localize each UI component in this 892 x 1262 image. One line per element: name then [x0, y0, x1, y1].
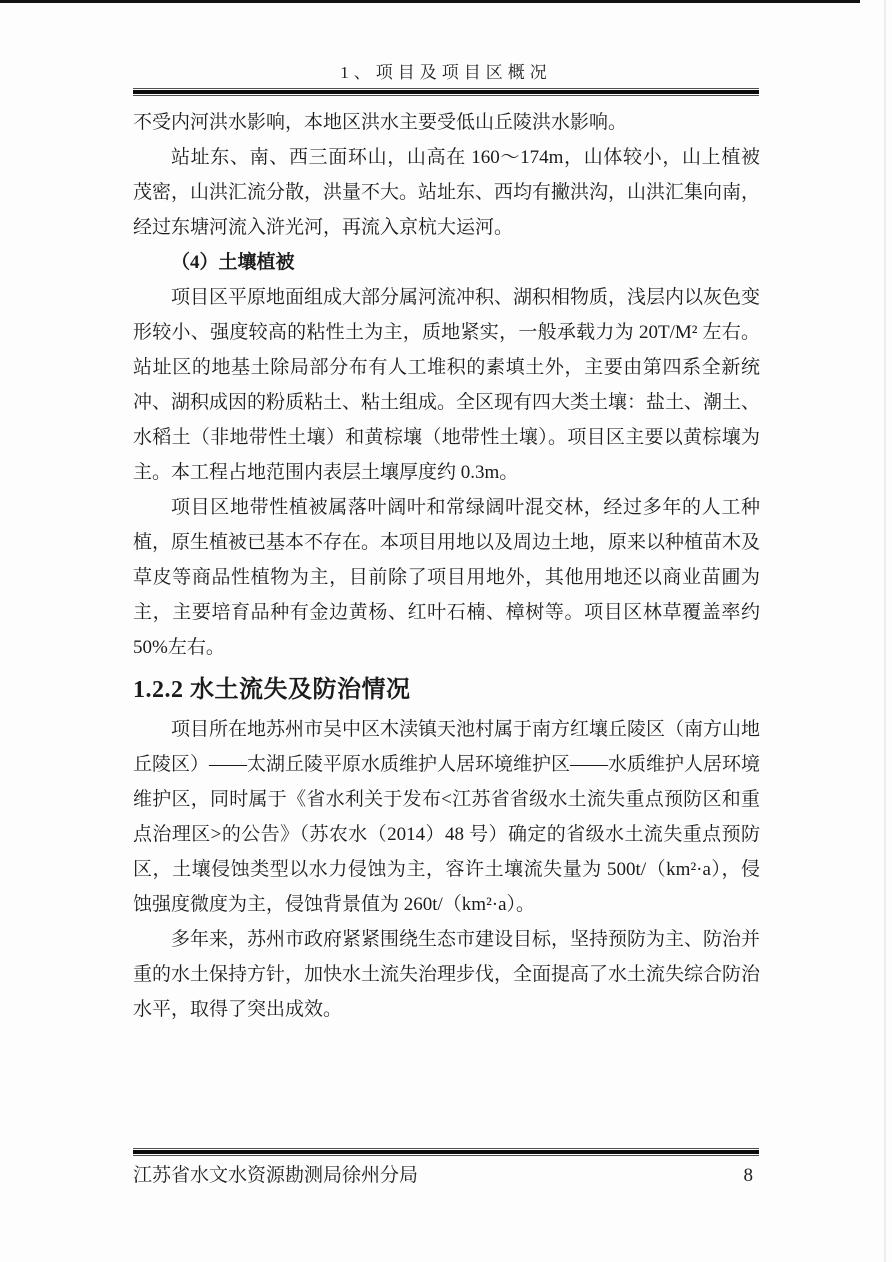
page-footer: 江苏省水文水资源勘测局徐州分局 8	[133, 1164, 753, 1188]
footer-page-number: 8	[744, 1164, 754, 1188]
section-heading-1-2-2: 1.2.2 水土流失及防治情况	[133, 668, 760, 712]
document-page: 1、项目及项目区概况 不受内河洪水影响，本地区洪水主要受低山丘陵洪水影响。 站址…	[0, 0, 892, 1262]
paragraph-vegetation: 项目区地带性植被属落叶阔叶和常绿阔叶混交林，经过多年的人工种植，原生植被已基本不…	[133, 490, 760, 665]
paragraph-erosion-zone: 项目所在地苏州市吴中区木渎镇天池村属于南方红壤丘陵区（南方山地丘陵区）——太湖丘…	[133, 712, 760, 922]
footer-rule	[133, 1148, 759, 1156]
paragraph-achievements: 多年来，苏州市政府紧紧围绕生态市建设目标，坚持预防为主、防治并重的水土保持方针，…	[133, 922, 760, 1027]
header-rule-thin-bottom	[133, 95, 759, 96]
header-rule	[133, 88, 759, 96]
header-rule-thick	[133, 90, 759, 94]
header-rule-thin-top	[133, 88, 759, 89]
paragraph-flood-influence: 不受内河洪水影响，本地区洪水主要受低山丘陵洪水影响。	[133, 105, 760, 140]
chapter-header-title: 1、项目及项目区概况	[133, 61, 759, 85]
running-header: 1、项目及项目区概况	[133, 61, 759, 96]
scan-right-edge	[884, 0, 886, 1262]
subheading-soil-vegetation: （4）土壤植被	[133, 245, 760, 280]
footer-rule-thin-top	[133, 1148, 759, 1149]
paragraph-site-terrain: 站址东、南、西三面环山，山高在 160～174m，山体较小，山上植被茂密，山洪汇…	[133, 140, 760, 245]
footer-organization: 江苏省水文水资源勘测局徐州分局	[133, 1164, 418, 1188]
footer-rule-thin-bottom	[133, 1155, 759, 1156]
scan-top-edge	[0, 0, 860, 3]
footer-rule-thick	[133, 1150, 759, 1154]
paragraph-soil-composition: 项目区平原地面组成大部分属河流冲积、湖积相物质，浅层内以灰色变形较小、强度较高的…	[133, 280, 760, 490]
document-body: 不受内河洪水影响，本地区洪水主要受低山丘陵洪水影响。 站址东、南、西三面环山，山…	[133, 105, 760, 1027]
